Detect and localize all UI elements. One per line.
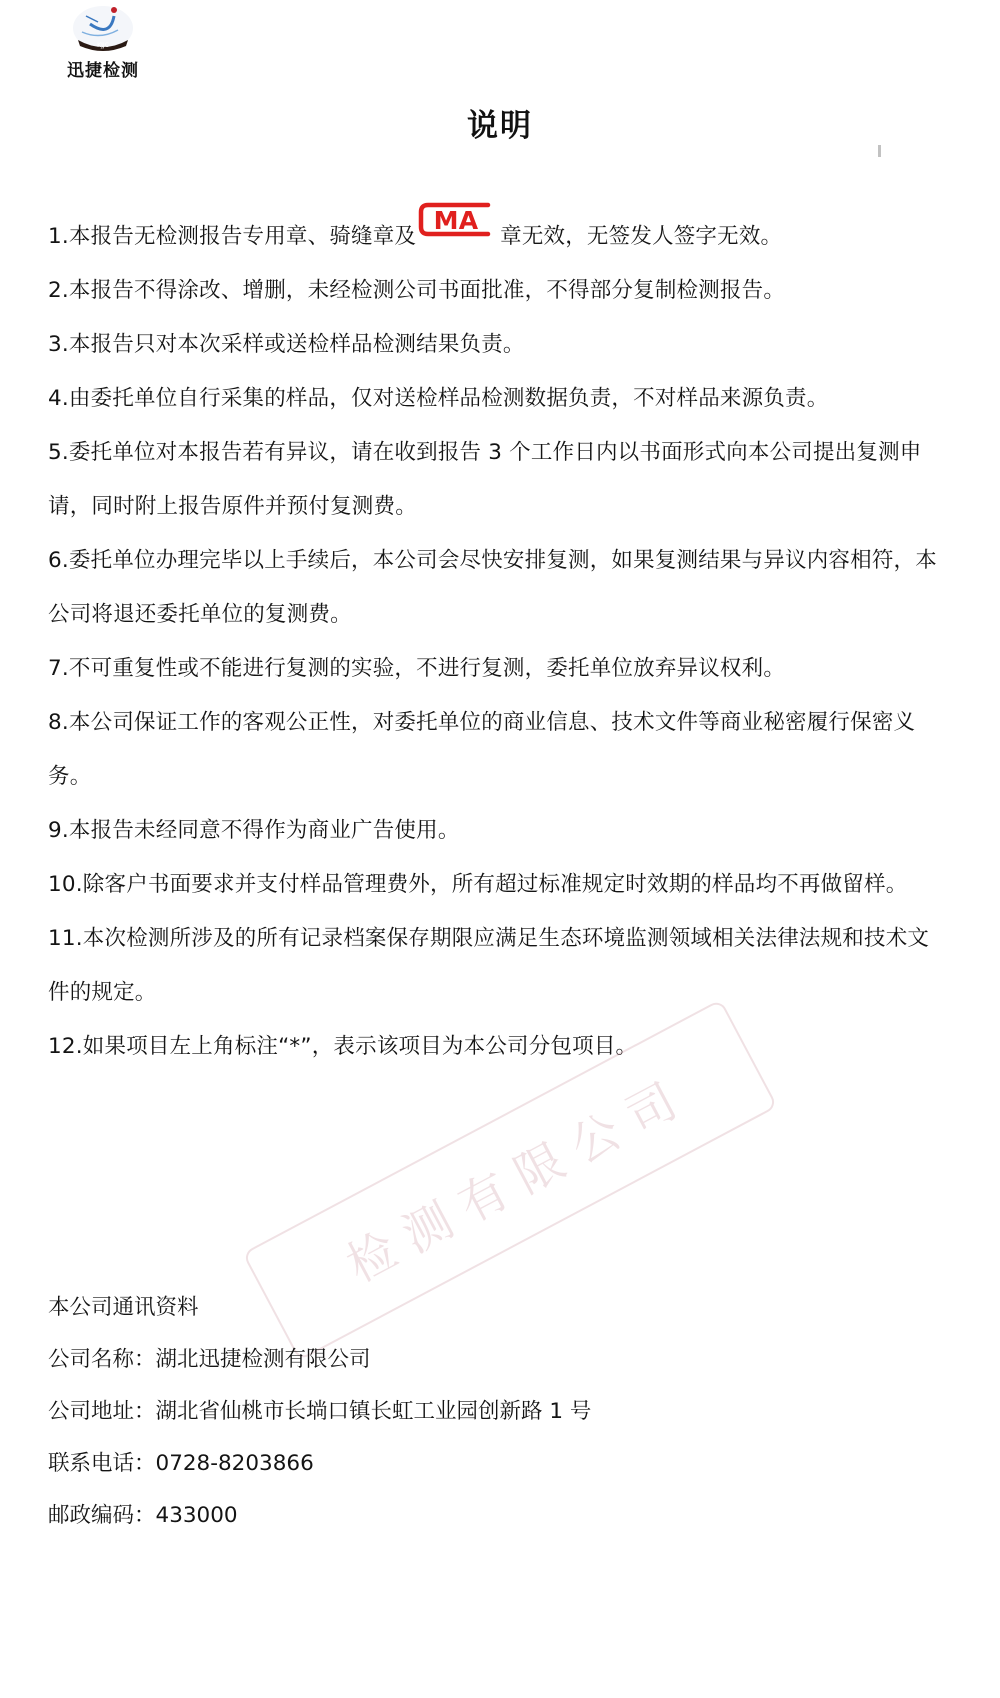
clause-item: 12.如果项目左上角标注“*”，表示该项目为本公司分包项目。 <box>48 1020 948 1074</box>
clause-item: 1.本报告无检测报告专用章、骑缝章及 MA 章无效，无签发人签字无效。 <box>48 210 948 264</box>
company-address-label: 公司地址： <box>48 1399 156 1424</box>
clause-item: 9.本报告未经同意不得作为商业广告使用。 <box>48 804 948 858</box>
clause-list: 1.本报告无检测报告专用章、骑缝章及 MA 章无效，无签发人签字无效。 2.本报… <box>48 210 948 1074</box>
svg-text:检 测 有 限 公 司: 检 测 有 限 公 司 <box>338 1073 686 1293</box>
clause-item: 6.委托单位办理完毕以上手续后，本公司会尽快安排复测，如果复测结果与异议内容相符… <box>48 534 948 642</box>
clause-item: 10.除客户书面要求并支付样品管理费外，所有超过标准规定时效期的样品均不再做留样… <box>48 858 948 912</box>
clause-item: 4.由委托单位自行采集的样品，仅对送检样品检测数据负责，不对样品来源负责。 <box>48 372 948 426</box>
clause-item: 7.不可重复性或不能进行复测的实验，不进行复测，委托单位放弃异议权利。 <box>48 642 948 696</box>
clause-item: 11.本次检测所涉及的所有记录档案保存期限应满足生态环境监测领域相关法律法规和技… <box>48 912 948 1020</box>
company-address-row: 公司地址：湖北省仙桃市长埫口镇长虹工业园创新路 1 号 <box>48 1386 848 1438</box>
company-name-value: 湖北迅捷检测有限公司 <box>156 1347 371 1372</box>
cma-stamp-icon: MA <box>418 199 498 239</box>
svg-text:MA: MA <box>434 206 479 235</box>
postcode-value: 433000 <box>156 1503 238 1528</box>
company-name-label: 公司名称： <box>48 1347 156 1372</box>
company-address-value: 湖北省仙桃市长埫口镇长虹工业园创新路 1 号 <box>156 1399 592 1424</box>
phone-value: 0728-8203866 <box>156 1451 314 1476</box>
page-title: 说明 <box>0 100 1000 145</box>
clause-text: 章无效，无签发人签字无效。 <box>500 224 782 249</box>
clause-item: 5.委托单位对本报告若有异议，请在收到报告 3 个工作日内以书面形式向本公司提出… <box>48 426 948 534</box>
contact-heading: 本公司通讯资料 <box>48 1282 848 1334</box>
company-logo: KJJC 迅捷检测 <box>58 4 148 84</box>
clause-item: 8.本公司保证工作的客观公正性，对委托单位的商业信息、技术文件等商业秘密履行保密… <box>48 696 948 804</box>
clause-text: 1.本报告无检测报告专用章、骑缝章及 <box>48 224 416 249</box>
logo-emblem-icon: KJJC <box>70 4 136 52</box>
postcode-row: 邮政编码：433000 <box>48 1490 848 1542</box>
cma-stamp: MA <box>418 213 498 247</box>
phone-row: 联系电话：0728-8203866 <box>48 1438 848 1490</box>
company-name-row: 公司名称：湖北迅捷检测有限公司 <box>48 1334 848 1386</box>
svg-text:KJJC: KJJC <box>97 42 109 49</box>
postcode-label: 邮政编码： <box>48 1503 156 1528</box>
clause-item: 3.本报告只对本次采样或送检样品检测结果负责。 <box>48 318 948 372</box>
clause-item: 2.本报告不得涂改、增删，未经检测公司书面批准，不得部分复制检测报告。 <box>48 264 948 318</box>
scan-speck <box>878 145 881 157</box>
logo-text: 迅捷检测 <box>58 56 148 81</box>
phone-label: 联系电话： <box>48 1451 156 1476</box>
contact-info: 本公司通讯资料 公司名称：湖北迅捷检测有限公司 公司地址：湖北省仙桃市长埫口镇长… <box>48 1282 848 1542</box>
